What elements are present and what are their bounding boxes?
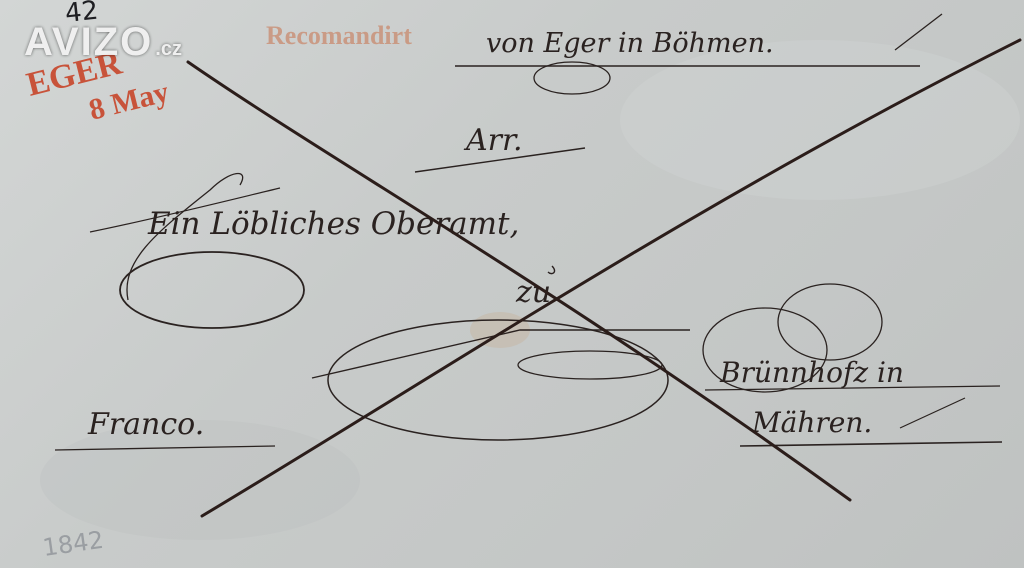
destination-line-1: Brünnhofz in [719, 356, 904, 389]
registered-stamp: Recomandirt [266, 21, 412, 50]
avizo-watermark: AVIZO .cz [24, 20, 182, 65]
flourish [895, 14, 942, 50]
letter-artwork: EGER 8 May Recomandirt 42 1842 von Eger … [0, 0, 1024, 568]
letter-cover-photo: EGER 8 May Recomandirt 42 1842 von Eger … [0, 0, 1024, 568]
flourish [534, 62, 610, 94]
flourish [900, 398, 965, 428]
sender-line: von Eger in Böhmen. [486, 28, 774, 59]
flourish-oval [778, 284, 882, 360]
destination-line-2: Mähren. [751, 406, 872, 439]
destination-underline [740, 442, 1002, 446]
watermark-suffix: .cz [155, 38, 182, 61]
diacritic [548, 266, 555, 274]
franco-mark: Franco. [87, 407, 204, 442]
flourish-oval [120, 252, 304, 328]
reference-mark: Arr. [463, 123, 523, 158]
pencil-year: 1842 [41, 526, 105, 562]
watermark-brand: AVIZO [24, 20, 153, 65]
salutation-line: Ein Löbliches Oberamt, [147, 206, 519, 242]
